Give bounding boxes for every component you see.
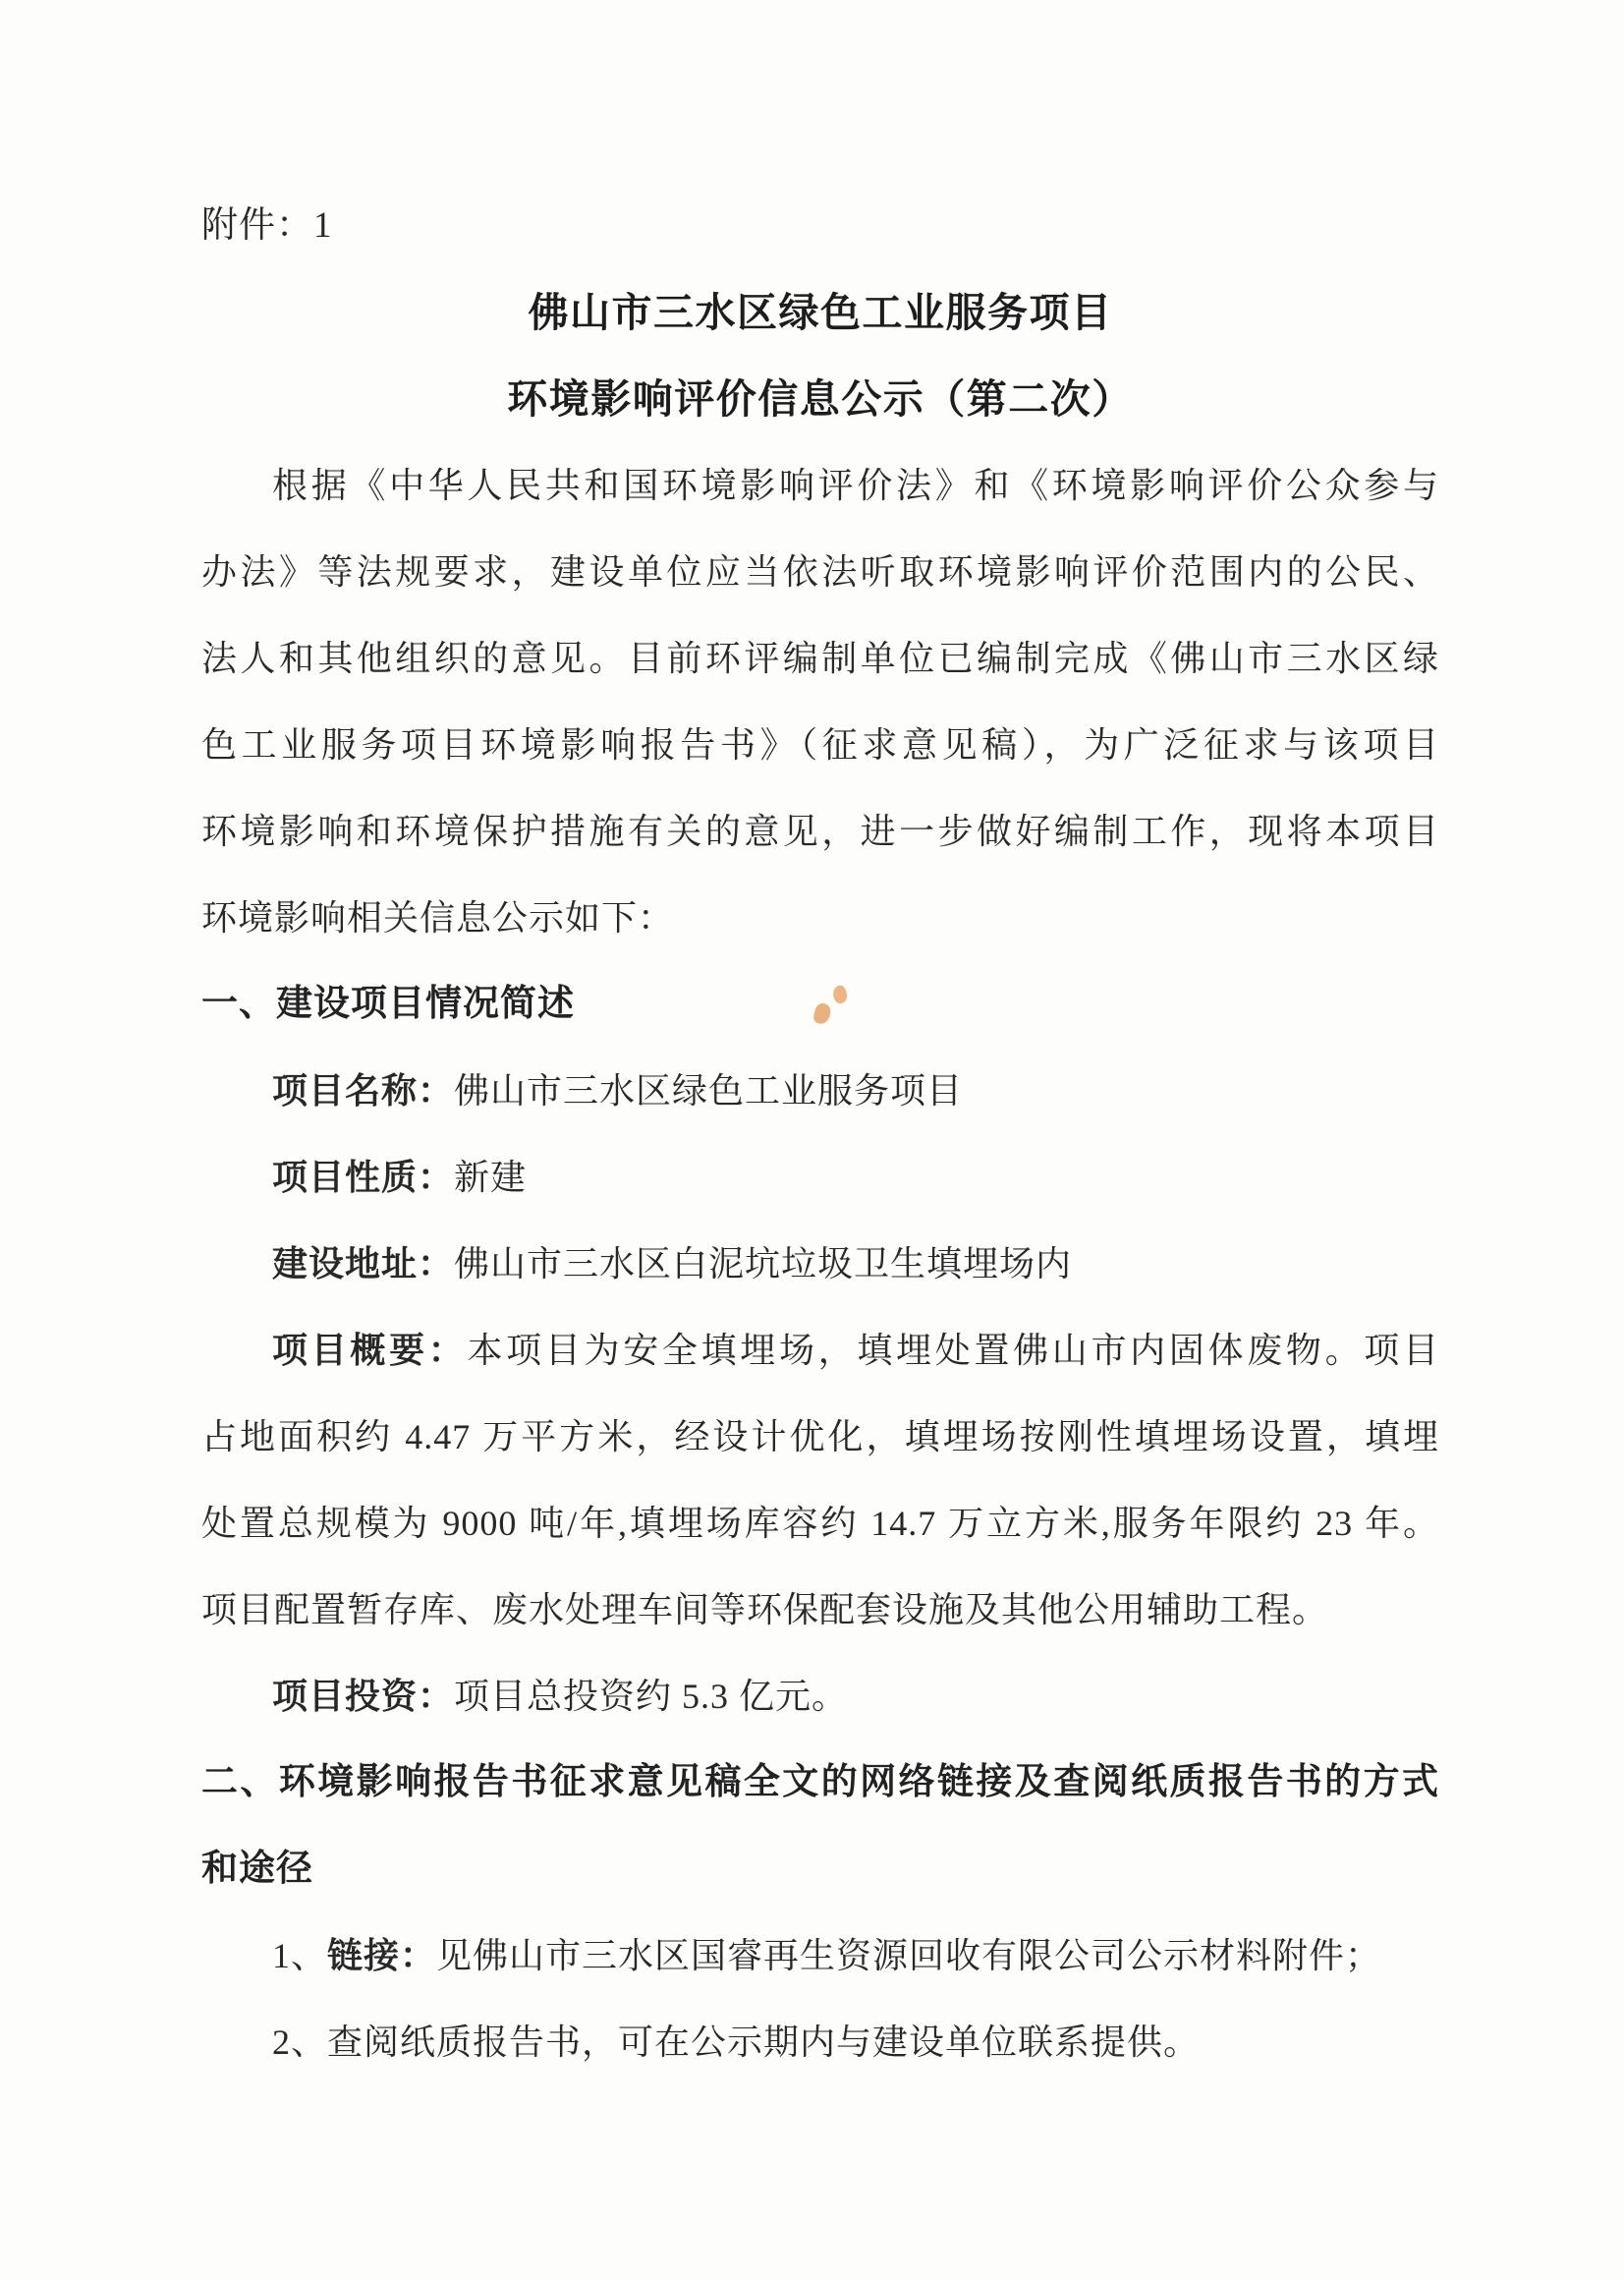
document-content: 根据《中华人民共和国环境影响评价法》和《环境影响评价公众参与办法》等法规要求，建… — [201, 442, 1439, 2085]
body-text: 一、建设项目情况简述 — [201, 984, 575, 1024]
text-line: 占地面积约 4.47 万平方米，经设计优化，填埋场按刚性填埋场设置，填埋 — [201, 1394, 1439, 1480]
text-line: 根据《中华人民共和国环境影响评价法》和《环境影响评价公众参与 — [201, 442, 1439, 529]
document-title: 佛山市三水区绿色工业服务项目 — [201, 269, 1439, 356]
body-text: 二、环境影响报告书征求意见稿全文的网络链接及查阅纸质报告书的方式 — [201, 1762, 1439, 1802]
body-text: 色工业服务项目环境影响报告书》（征求意见稿），为广泛征求与该项目 — [201, 725, 1439, 765]
body-text: 环境影响相关信息公示如下： — [201, 898, 674, 938]
body-text: 本项目为安全填埋场，填埋处置佛山市内固体废物。项目 — [467, 1331, 1439, 1370]
item-block: 1、链接：见佛山市三水区国睿再生资源回收有限公司公示材料附件； — [201, 1912, 1439, 1999]
item-block: 2、查阅纸质报告书，可在公示期内与建设单位联系提供。 — [201, 1999, 1439, 2085]
text-line: 项目投资：项目总投资约 5.3 亿元。 — [201, 1653, 1439, 1739]
document-subtitle: 环境影响评价信息公示（第二次） — [201, 356, 1439, 442]
document-body: 附件：1 佛山市三水区绿色工业服务项目 环境影响评价信息公示（第二次） 根据《中… — [201, 183, 1439, 2085]
field-label-text: 项目投资： — [272, 1677, 454, 1716]
field-label-text: 项目性质： — [272, 1158, 454, 1197]
document-title-line2: 环境影响评价信息公示（第二次） — [201, 356, 1439, 442]
heading-block: 二、环境影响报告书征求意见稿全文的网络链接及查阅纸质报告书的方式和途径 — [201, 1739, 1439, 1912]
body-text: 占地面积约 4.47 万平方米，经设计优化，填埋场按刚性填埋场设置，填埋 — [201, 1417, 1439, 1456]
body-text: 法人和其他组织的意见。目前环评编制单位已编制完成《佛山市三水区绿 — [201, 639, 1439, 678]
text-line: 2、查阅纸质报告书，可在公示期内与建设单位联系提供。 — [201, 1999, 1439, 2085]
para-block: 项目概要：本项目为安全填埋场，填埋处置佛山市内固体废物。项目占地面积约 4.47… — [201, 1307, 1439, 1653]
text-line: 和途径 — [201, 1826, 1439, 1912]
field-block: 项目投资：项目总投资约 5.3 亿元。 — [201, 1653, 1439, 1739]
text-line: 法人和其他组织的意见。目前环评编制单位已编制完成《佛山市三水区绿 — [201, 615, 1439, 702]
body-text: 项目总投资约 5.3 亿元。 — [454, 1677, 848, 1716]
para-block: 根据《中华人民共和国环境影响评价法》和《环境影响评价公众参与办法》等法规要求，建… — [201, 442, 1439, 961]
text-line: 环境影响相关信息公示如下： — [201, 875, 1439, 961]
body-text: 1、 — [272, 1936, 327, 1975]
field-block: 建设地址：佛山市三水区白泥坑垃圾卫生填埋场内 — [201, 1221, 1439, 1307]
text-line: 处置总规模为 9000 吨/年,填埋场库容约 14.7 万立方米,服务年限约 2… — [201, 1480, 1439, 1567]
text-line: 色工业服务项目环境影响报告书》（征求意见稿），为广泛征求与该项目 — [201, 702, 1439, 788]
attachment-block: 附件：1 — [201, 183, 1439, 269]
text-line: 项目概要：本项目为安全填埋场，填埋处置佛山市内固体废物。项目 — [201, 1307, 1439, 1394]
field-label-text: 链接： — [327, 1936, 436, 1975]
attachment-label: 附件：1 — [201, 183, 1439, 269]
field-label-text: 建设地址： — [272, 1244, 454, 1283]
text-line: 项目性质：新建 — [201, 1134, 1439, 1221]
body-text: 办法》等法规要求，建设单位应当依法听取环境影响评价范围内的公民、 — [201, 552, 1439, 592]
field-block: 项目名称：佛山市三水区绿色工业服务项目 — [201, 1048, 1439, 1134]
body-text: 新建 — [454, 1158, 527, 1197]
body-text: 和途径 — [201, 1849, 313, 1889]
text-line: 项目配置暂存库、废水处理车间等环保配套设施及其他公用辅助工程。 — [201, 1567, 1439, 1653]
body-text: 佛山市三水区白泥坑垃圾卫生填埋场内 — [454, 1244, 1072, 1283]
field-label-text: 项目名称： — [272, 1071, 454, 1111]
field-block: 项目性质：新建 — [201, 1134, 1439, 1221]
body-text: 根据《中华人民共和国环境影响评价法》和《环境影响评价公众参与 — [272, 466, 1439, 505]
scanned-document-page: 附件：1 佛山市三水区绿色工业服务项目 环境影响评价信息公示（第二次） 根据《中… — [0, 0, 1624, 2280]
text-line: 建设地址：佛山市三水区白泥坑垃圾卫生填埋场内 — [201, 1221, 1439, 1307]
text-line: 项目名称：佛山市三水区绿色工业服务项目 — [201, 1048, 1439, 1134]
text-line: 环境影响和环境保护措施有关的意见，进一步做好编制工作，现将本项目 — [201, 788, 1439, 875]
body-text: 佛山市三水区绿色工业服务项目 — [454, 1071, 963, 1111]
text-line: 办法》等法规要求，建设单位应当依法听取环境影响评价范围内的公民、 — [201, 529, 1439, 615]
field-label-text: 项目概要： — [272, 1331, 467, 1370]
text-line: 1、链接：见佛山市三水区国睿再生资源回收有限公司公示材料附件； — [201, 1912, 1439, 1999]
body-text: 2、查阅纸质报告书，可在公示期内与建设单位联系提供。 — [272, 2023, 1200, 2062]
body-text: 项目配置暂存库、废水处理车间等环保配套设施及其他公用辅助工程。 — [201, 1590, 1328, 1629]
document-title-line1: 佛山市三水区绿色工业服务项目 — [201, 269, 1439, 356]
body-text: 处置总规模为 9000 吨/年,填埋场库容约 14.7 万立方米,服务年限约 2… — [201, 1504, 1439, 1543]
body-text: 见佛山市三水区国睿再生资源回收有限公司公示材料附件； — [436, 1936, 1381, 1975]
body-text: 环境影响和环境保护措施有关的意见，进一步做好编制工作，现将本项目 — [201, 812, 1439, 851]
text-line: 二、环境影响报告书征求意见稿全文的网络链接及查阅纸质报告书的方式 — [201, 1739, 1439, 1826]
